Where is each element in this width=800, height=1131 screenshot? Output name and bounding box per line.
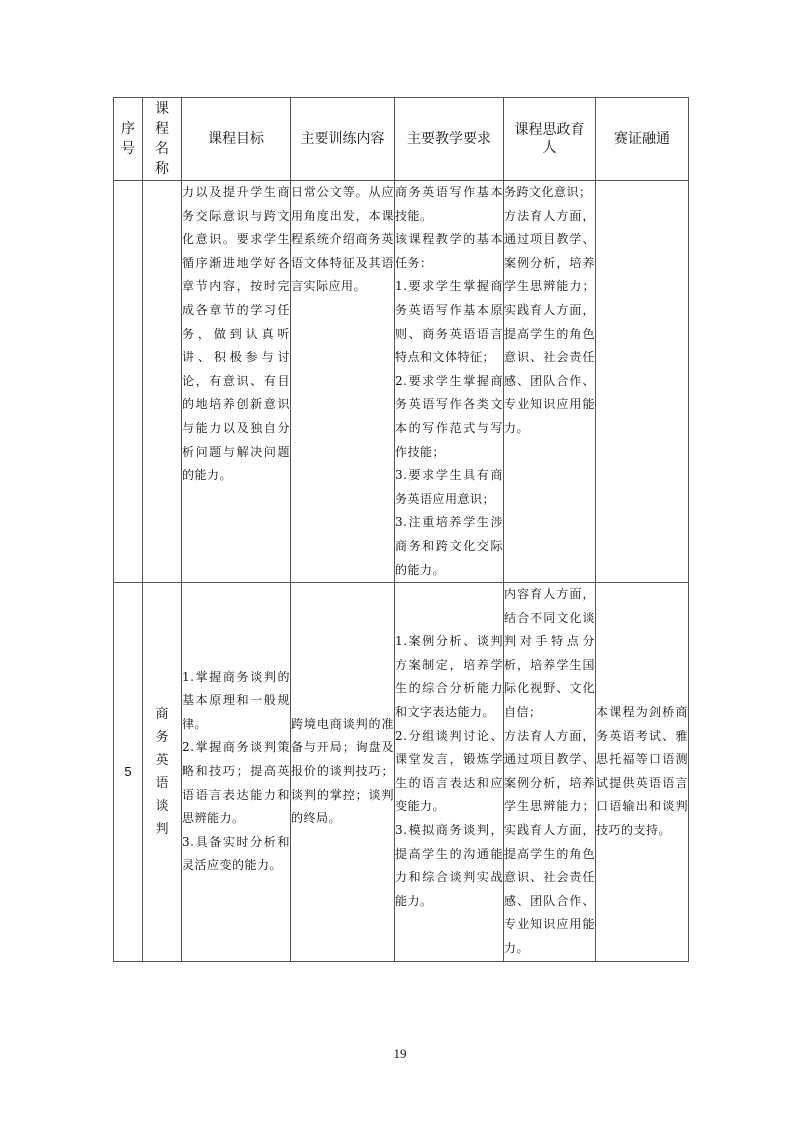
header-name-char: 程 <box>143 119 181 139</box>
requirement-item: 3.模拟商务谈判，提高学生的沟通能力和综合谈判实战能力。 <box>395 819 503 913</box>
row-certification <box>596 181 689 583</box>
goal-item: 2.掌握商务谈判策略和技巧；提高英语语言表达能力和思辨能力。 <box>182 736 290 830</box>
header-training-content: 主要训练内容 <box>291 98 395 181</box>
course-name-char: 语 <box>143 772 181 795</box>
course-name-char: 谈 <box>143 795 181 818</box>
header-index-line-1: 序 <box>114 119 142 139</box>
header-name-char: 名 <box>143 139 181 159</box>
requirement-item: 2.要求学生掌握商务英语写作各类文本的写作范式与写作技能； <box>395 370 503 464</box>
requirement-item: 2.分组谈判讨论、课堂发言，锻炼学生的语言表达和应变能力。 <box>395 725 503 819</box>
ideology-item: 内容育人方面，结合不同文化谈判对手特点分析，培养学生国际化视野、文化自信； <box>504 583 595 725</box>
page-number: 19 <box>0 1046 800 1062</box>
table-header-row: 序 号 课 程 名 称 课程目标 主要训练内容 主要教学要求 课程思政育 人 赛… <box>114 98 689 181</box>
ideology-item: 务跨文化意识； <box>504 181 595 205</box>
row-course-name: 商 务 英 语 谈 判 <box>143 583 182 962</box>
course-name-char: 务 <box>143 726 181 749</box>
header-course-goals: 课程目标 <box>182 98 291 181</box>
row-course-goals: 力以及提升学生商务交际意识与跨文化意识。要求学生循序渐进地学好各章节内容，按时完… <box>182 181 291 583</box>
certification-text: 本课程为剑桥商务英语考试、雅思托福等口语测试提供英语语言口语输出和谈判技巧的支持… <box>596 701 688 843</box>
row-ideological-education: 务跨文化意识； 方法育人方面，通过项目教学、案例分析，培养学生思辨能力；实践育人… <box>504 181 596 583</box>
header-ideology-line-1: 课程思政育 <box>504 121 595 139</box>
header-certification: 赛证融通 <box>596 98 689 181</box>
course-name-char: 英 <box>143 749 181 772</box>
training-text: 日常公文等。从应用角度出发，本课程系统介绍商务英语文体特征及其语言实际应用。 <box>291 181 394 299</box>
goal-item: 1.掌握商务谈判的基本原理和一般规律。 <box>182 666 290 737</box>
row-ideological-education: 内容育人方面，结合不同文化谈判对手特点分析，培养学生国际化视野、文化自信； 方法… <box>504 583 596 962</box>
row-training-content: 跨境电商谈判的准备与开局；询盘及报价的谈判技巧；谈判的掌控；谈判的终局。 <box>291 583 395 962</box>
goals-text: 力以及提升学生商务交际意识与跨文化意识。要求学生循序渐进地学好各章节内容，按时完… <box>182 181 290 488</box>
header-index-line-2: 号 <box>114 139 142 159</box>
header-name-char: 课 <box>143 99 181 119</box>
row-training-content: 日常公文等。从应用角度出发，本课程系统介绍商务英语文体特征及其语言实际应用。 <box>291 181 395 583</box>
header-name-char: 称 <box>143 159 181 179</box>
header-index: 序 号 <box>114 98 143 181</box>
table-row: 力以及提升学生商务交际意识与跨文化意识。要求学生循序渐进地学好各章节内容，按时完… <box>114 181 689 583</box>
requirement-item: 商务英语写作基本技能。 <box>395 181 503 228</box>
goal-item: 3.具备实时分析和灵活应变的能力。 <box>182 831 290 878</box>
header-teaching-requirements: 主要教学要求 <box>395 98 504 181</box>
requirement-item: 该课程教学的基本任务： <box>395 228 503 275</box>
course-name-char: 判 <box>143 818 181 841</box>
row-teaching-requirements: 1.案例分析、谈判方案制定，培养学生的综合分析能力和文字表达能力。 2.分组谈判… <box>395 583 504 962</box>
curriculum-table: 序 号 课 程 名 称 课程目标 主要训练内容 主要教学要求 课程思政育 人 赛… <box>113 97 689 962</box>
requirement-item: 3.注重培养学生涉商务和跨文化交际的能力。 <box>395 511 503 582</box>
header-ideology-line-2: 人 <box>504 139 595 157</box>
requirement-item: 3.要求学生具有商务英语应用意识； <box>395 464 503 511</box>
requirement-item: 1.要求学生掌握商务英语写作基本原则、商务英语语言特点和文体特征； <box>395 275 503 369</box>
header-ideological-education: 课程思政育 人 <box>504 98 596 181</box>
row-course-name <box>143 181 182 583</box>
ideology-item: 方法育人方面，通过项目教学、案例分析，培养学生思辨能力；实践育人方面，提高学生的… <box>504 205 595 441</box>
row-teaching-requirements: 商务英语写作基本技能。 该课程教学的基本任务： 1.要求学生掌握商务英语写作基本… <box>395 181 504 583</box>
row-index: 5 <box>114 583 143 962</box>
row-certification: 本课程为剑桥商务英语考试、雅思托福等口语测试提供英语语言口语输出和谈判技巧的支持… <box>596 583 689 962</box>
table-row: 5 商 务 英 语 谈 判 1.掌握商务谈判的基本原理和一般规律。 2.掌握商务… <box>114 583 689 962</box>
course-name-char: 商 <box>143 703 181 726</box>
header-course-name: 课 程 名 称 <box>143 98 182 181</box>
training-text: 跨境电商谈判的准备与开局；询盘及报价的谈判技巧；谈判的掌控；谈判的终局。 <box>291 713 394 831</box>
row-course-goals: 1.掌握商务谈判的基本原理和一般规律。 2.掌握商务谈判策略和技巧；提高英语语言… <box>182 583 291 962</box>
ideology-item: 方法育人方面，通过项目教学、案例分析，培养学生思辨能力；实践育人方面，提高学生的… <box>504 725 595 961</box>
requirement-item: 1.案例分析、谈判方案制定，培养学生的综合分析能力和文字表达能力。 <box>395 630 503 724</box>
row-index <box>114 181 143 583</box>
